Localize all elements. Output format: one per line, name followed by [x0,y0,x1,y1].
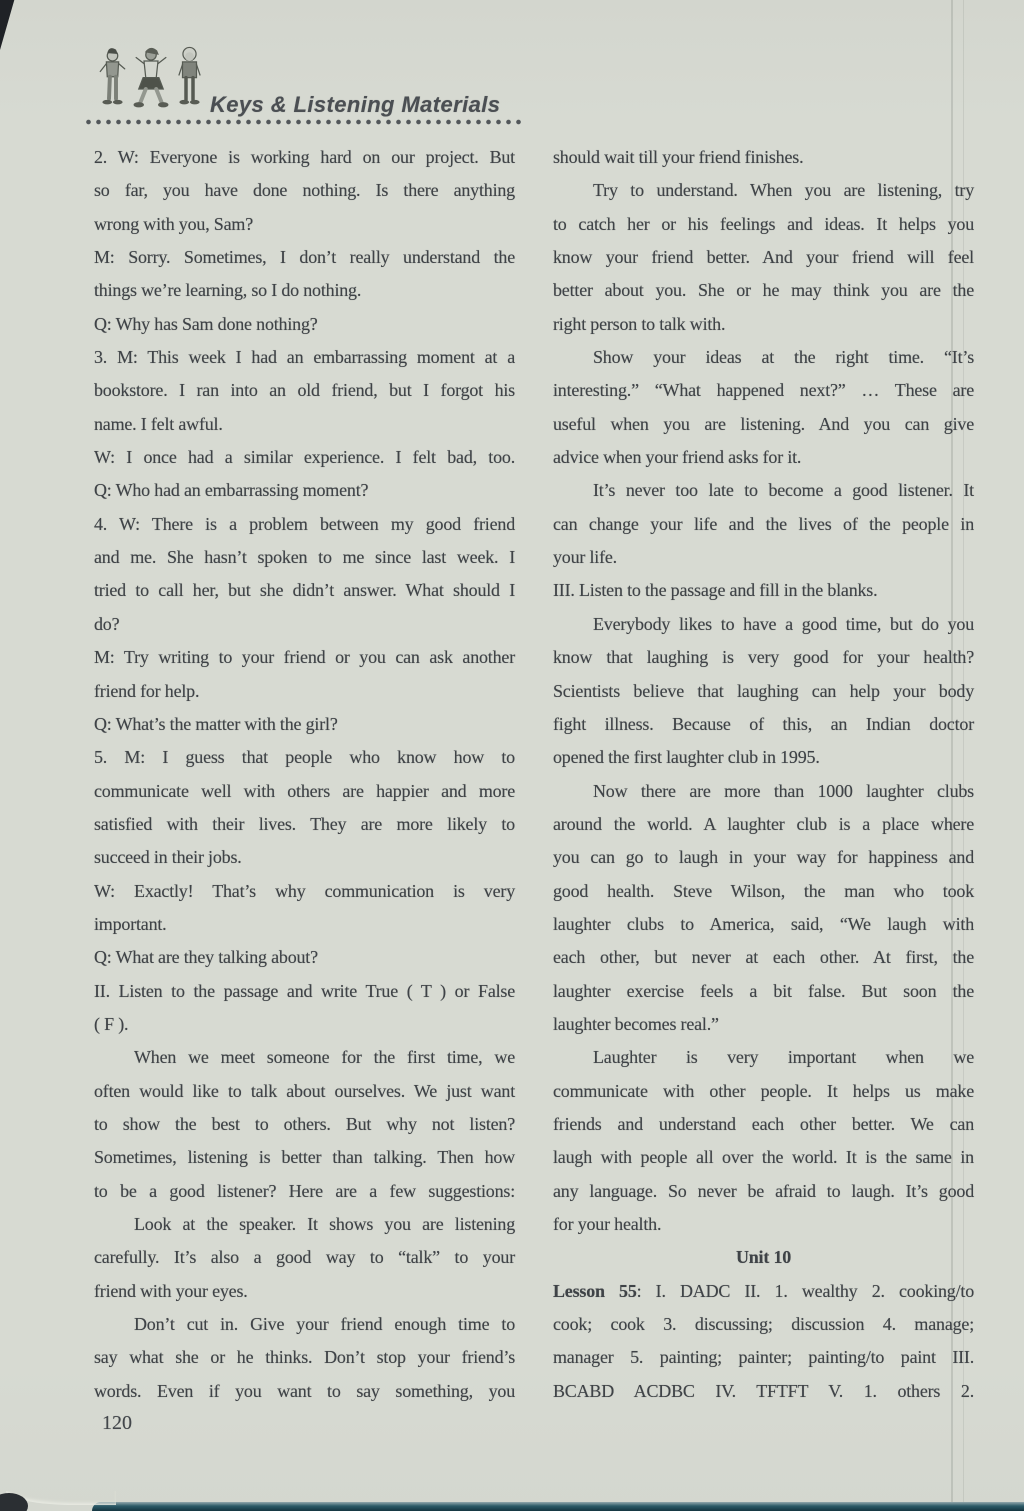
page-number: 120 [102,1412,132,1435]
text-line: III. Listen to the passage and fill in t… [553,574,974,607]
text-line: friend with your eyes. [94,1275,515,1308]
text-line: say what she or he thinks. Don’t stop yo… [94,1341,515,1374]
text-line: When we meet someone for the first time,… [94,1041,515,1074]
text-line: useful when you are listening. And you c… [553,408,974,441]
text-line: laughter exercise feels a bit false. But… [553,975,974,1008]
text-line: communicate with other people. It helps … [553,1075,974,1108]
text-line: good health. Steve Wilson, the man who t… [553,875,974,908]
text-line: Q: What are they talking about? [94,941,515,974]
text-line: for your health. [553,1208,974,1241]
text-line: each other, but never at each other. At … [553,941,974,974]
text-line: Scientists believe that laughing can hel… [553,675,974,708]
right-column: should wait till your friend finishes.Tr… [553,141,974,1408]
text-line: 4. W: There is a problem between my good… [94,508,515,541]
text-line: know your friend better. And your friend… [553,241,974,274]
children-logo-icon [95,42,207,127]
text-line: to be a good listener? Here are a few su… [94,1175,515,1208]
book-edge-strip [92,1502,1024,1511]
dotted-divider [86,119,522,125]
text-line: M: Sorry. Sometimes, I don’t really unde… [94,241,515,274]
text-line: friends and understand each other better… [553,1108,974,1141]
text-line: tried to call her, but she didn’t answer… [94,574,515,607]
text-line: friend for help. [94,675,515,708]
text-line: any language. So never be afraid to laug… [553,1175,974,1208]
text-line: to catch her or his feelings and ideas. … [553,208,974,241]
text-line: can change your life and the lives of th… [553,508,974,541]
scan-corner-shadow [0,0,26,50]
text-line: name. I felt awful. [94,408,515,441]
text-line: Look at the speaker. It shows you are li… [94,1208,515,1241]
text-line: around the world. A laughter club is a p… [553,808,974,841]
text-line: know that laughing is very good for your… [553,641,974,674]
text-line: Q: Why has Sam done nothing? [94,308,515,341]
text-line: fight illness. Because of this, an India… [553,708,974,741]
text-line: Lesson 55: I. DADC II. 1. wealthy 2. coo… [553,1275,974,1308]
text-line: Sometimes, listening is better than talk… [94,1141,515,1174]
text-line: II. Listen to the passage and write True… [94,975,515,1008]
text-line: Don’t cut in. Give your friend enough ti… [94,1308,515,1341]
text-line: bookstore. I ran into an old friend, but… [94,374,515,407]
text-line: laugh with people all over the world. It… [553,1141,974,1174]
text-line: W: Exactly! That’s why communication is … [94,875,515,908]
text-line: your life. [553,541,974,574]
text-line: things we’re learning, so I do nothing. [94,274,515,307]
text-line: communicate well with others are happier… [94,775,515,808]
text-line: opened the first laughter club in 1995. [553,741,974,774]
text-line: should wait till your friend finishes. [553,141,974,174]
text-line: Try to understand. When you are listenin… [553,174,974,207]
text-line: so far, you have done nothing. Is there … [94,174,515,207]
text-line: BCABD ACDBC IV. TFTFT V. 1. others 2. [553,1375,974,1408]
text-line: better about you. She or he may think yo… [553,274,974,307]
text-line: W: I once had a similar experience. I fe… [94,441,515,474]
text-line: Unit 10 [553,1241,974,1274]
text-line: to show the best to others. But why not … [94,1108,515,1141]
text-line: right person to talk with. [553,308,974,341]
text-line: advice when your friend asks for it. [553,441,974,474]
text-line: succeed in their jobs. [94,841,515,874]
text-line: important. [94,908,515,941]
text-line: It’s never too late to become a good lis… [553,474,974,507]
text-line: M: Try writing to your friend or you can… [94,641,515,674]
text-line: Laughter is very important when we [553,1041,974,1074]
text-line: and me. She hasn’t spoken to me since la… [94,541,515,574]
text-line: Q: What’s the matter with the girl? [94,708,515,741]
text-line: Q: Who had an embarrassing moment? [94,474,515,507]
text-line: ( F ). [94,1008,515,1041]
text-line: wrong with you, Sam? [94,208,515,241]
text-line: 2. W: Everyone is working hard on our pr… [94,141,515,174]
text-line: 5. M: I guess that people who know how t… [94,741,515,774]
text-line: Show your ideas at the right time. “It’s [553,341,974,374]
text-line: laughter clubs to America, said, “We lau… [553,908,974,941]
text-line: laughter becomes real.” [553,1008,974,1041]
text-line: you can go to laugh in your way for happ… [553,841,974,874]
text-line: carefully. It’s also a good way to “talk… [94,1241,515,1274]
text-line: satisfied with their lives. They are mor… [94,808,515,841]
page-title: Keys & Listening Materials [210,92,500,118]
text-line: Everybody likes to have a good time, but… [553,608,974,641]
text-line: manager 5. painting; painter; painting/t… [553,1341,974,1374]
text-line: often would like to talk about ourselves… [94,1075,515,1108]
text-line: words. Even if you want to say something… [94,1375,515,1408]
text-line: do? [94,608,515,641]
text-line: cook; cook 3. discussing; discussion 4. … [553,1308,974,1341]
text-line: Now there are more than 1000 laughter cl… [553,775,974,808]
text-line: interesting.” “What happened next?” … Th… [553,374,974,407]
scanned-book-page: Keys & Listening Materials 2. W: Everyon… [0,0,1024,1511]
left-column: 2. W: Everyone is working hard on our pr… [94,141,515,1408]
text-line: 3. M: This week I had an embarrassing mo… [94,341,515,374]
